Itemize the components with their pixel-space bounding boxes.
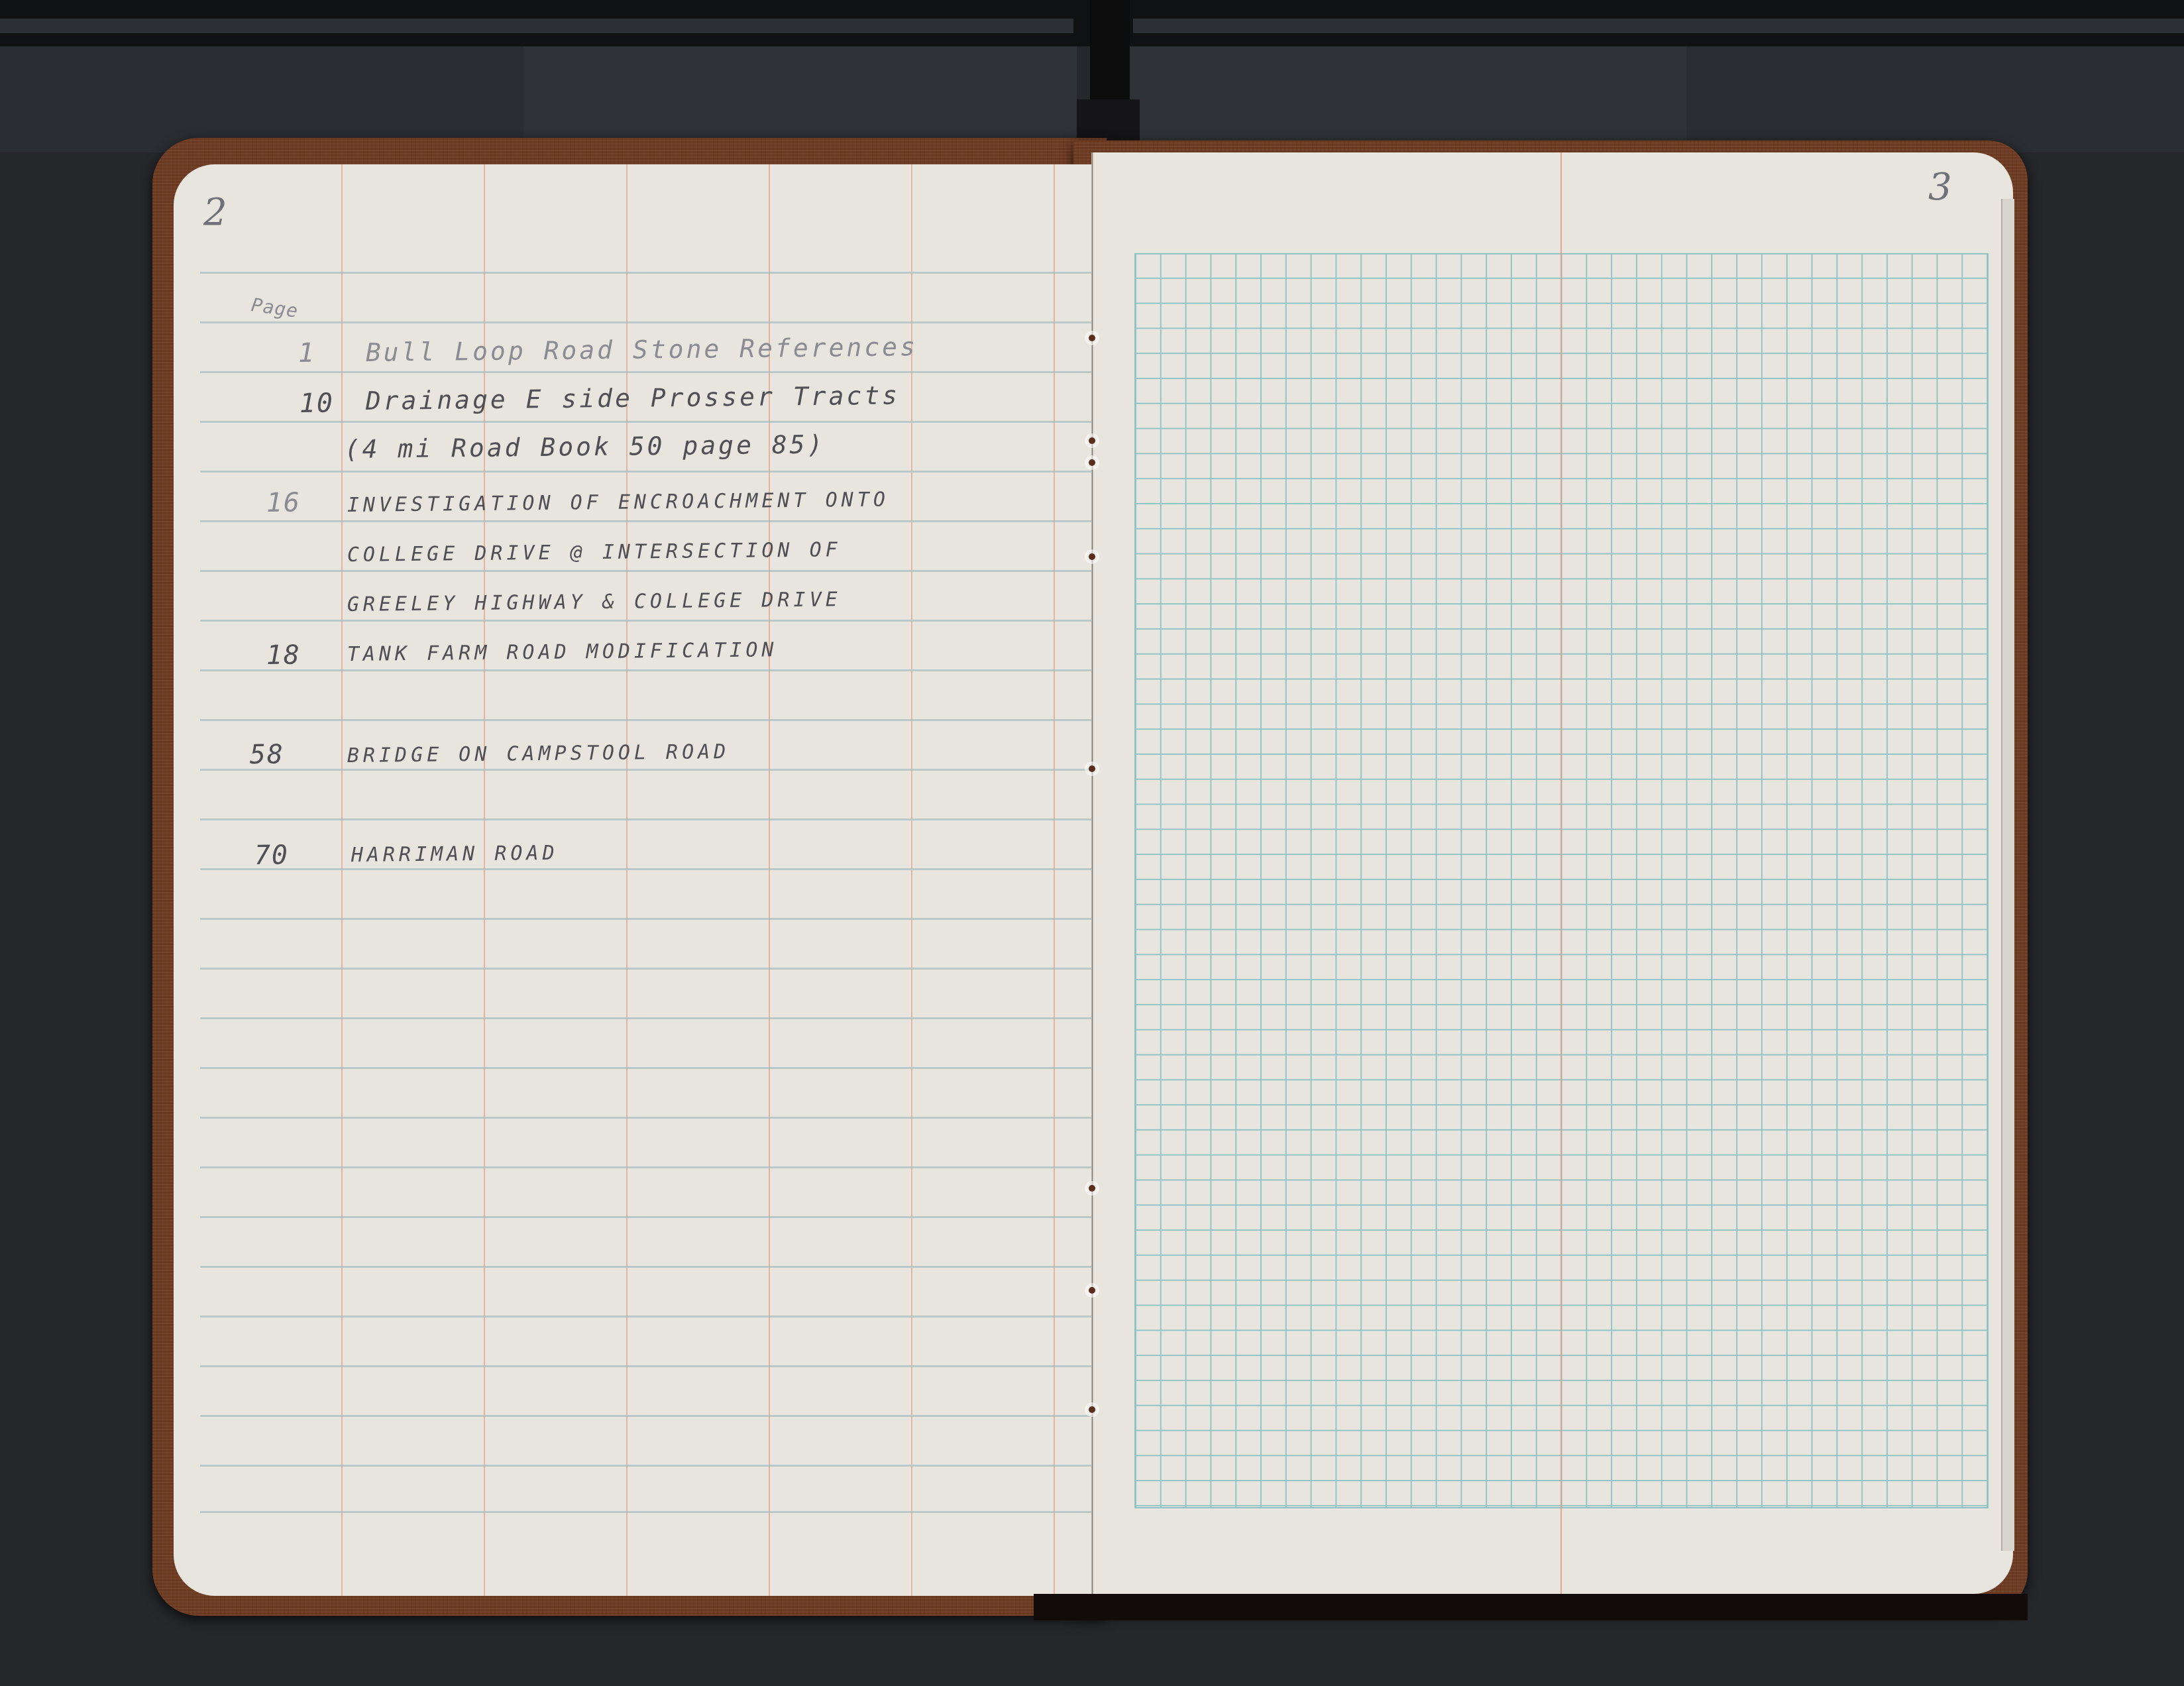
ruled-line bbox=[200, 1067, 1092, 1069]
gutter bbox=[1091, 152, 1093, 1594]
ruled-line bbox=[200, 719, 1092, 721]
entry-text: (4 mi Road Book 50 page 85) bbox=[345, 429, 826, 464]
scanner-panel bbox=[1130, 46, 1686, 152]
page-stack-edge bbox=[2001, 199, 2014, 1551]
column-rule bbox=[626, 164, 628, 1596]
ruled-line bbox=[200, 421, 1092, 423]
scanner-rail-right bbox=[1133, 19, 2184, 33]
binding-stitch bbox=[1089, 1185, 1095, 1192]
ruled-line bbox=[200, 1511, 1092, 1513]
ruled-line bbox=[200, 1415, 1092, 1417]
binding-stitch bbox=[1089, 553, 1095, 560]
binding-stitch bbox=[1089, 765, 1095, 772]
ruled-line bbox=[200, 968, 1092, 970]
ruled-line bbox=[200, 471, 1092, 473]
ruled-line bbox=[200, 1316, 1092, 1318]
left-page: 2 Page 1 Bull Loop Road Stone References… bbox=[174, 164, 1092, 1596]
ruled-line bbox=[200, 321, 1092, 323]
entry-page-number: 70 bbox=[254, 840, 290, 871]
entry-text: Greeley Highway & College Drive bbox=[347, 588, 842, 616]
cover-bottom-shadow bbox=[1034, 1594, 2028, 1620]
binding-stitch bbox=[1089, 459, 1095, 466]
scanner-panel bbox=[523, 46, 1077, 152]
ruled-line bbox=[200, 1216, 1092, 1218]
entry-page-number: 58 bbox=[250, 739, 285, 770]
entry-text: Bridge on Campstool Road bbox=[347, 740, 730, 767]
ruled-line bbox=[200, 1017, 1092, 1019]
column-rule bbox=[484, 164, 485, 1596]
ruled-line bbox=[200, 1266, 1092, 1268]
scanner-rail-left bbox=[0, 19, 1073, 33]
ruled-line bbox=[200, 918, 1092, 920]
ruled-line bbox=[200, 1166, 1092, 1168]
page-number-left: 2 bbox=[203, 191, 227, 234]
binding-stitch bbox=[1089, 1406, 1095, 1413]
ruled-line bbox=[200, 868, 1092, 870]
ruled-line bbox=[200, 620, 1092, 622]
binding-stitch bbox=[1089, 1287, 1095, 1294]
entry-text: Bull Loop Road Stone References bbox=[366, 332, 918, 367]
entry-page-number: 10 bbox=[300, 388, 335, 419]
column-rule bbox=[341, 164, 343, 1596]
index-header: Page bbox=[250, 294, 300, 322]
entry-text: Tank Farm Road Modification bbox=[347, 638, 778, 666]
ruled-line bbox=[200, 272, 1092, 274]
book-clamp-foot bbox=[1077, 99, 1140, 142]
column-rule bbox=[911, 164, 912, 1596]
binding-stitch bbox=[1089, 335, 1095, 341]
ruled-line bbox=[200, 669, 1092, 671]
column-rule bbox=[769, 164, 770, 1596]
scanner-panel bbox=[0, 46, 523, 152]
entry-page-number: 1 bbox=[298, 338, 316, 368]
binding-stitch bbox=[1089, 437, 1095, 444]
ruled-line bbox=[200, 520, 1092, 522]
scanner-panel bbox=[1686, 46, 2184, 152]
ruled-line bbox=[200, 818, 1092, 820]
ruled-line bbox=[200, 769, 1092, 771]
entry-text: Investigation of Encroachment onto bbox=[347, 488, 889, 517]
ruled-line bbox=[200, 1465, 1092, 1467]
ruled-line bbox=[200, 1117, 1092, 1119]
page-number-right: 3 bbox=[1928, 166, 1952, 209]
entry-page-number: 18 bbox=[266, 640, 301, 671]
ruled-line bbox=[200, 371, 1092, 373]
entry-text: Harriman Road bbox=[351, 842, 559, 867]
ruled-line bbox=[200, 570, 1092, 572]
right-page: 3 bbox=[1093, 152, 2013, 1594]
entry-page-number: 16 bbox=[266, 487, 301, 518]
entry-text: College Drive @ Intersection of bbox=[347, 538, 842, 567]
ruled-line bbox=[200, 1365, 1092, 1367]
entry-text: Drainage E side Prosser Tracts bbox=[366, 381, 901, 416]
column-rule bbox=[1054, 164, 1055, 1596]
column-rule bbox=[1560, 152, 1562, 1594]
